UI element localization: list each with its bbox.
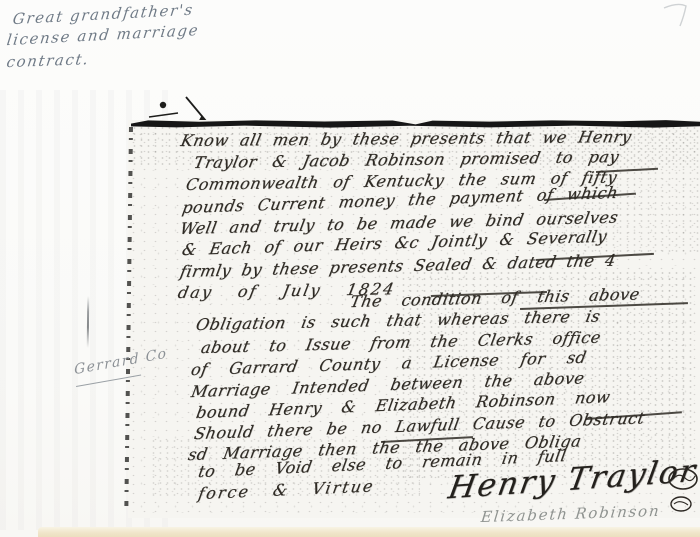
faint-corner-mark <box>658 2 692 30</box>
scanned-document-page: Great grandfather's license and marriage… <box>0 0 700 537</box>
document-line: Know all men by these presents that we H… <box>179 127 633 150</box>
seal-scribble-icon <box>666 466 700 518</box>
bottom-paper-band <box>38 527 700 537</box>
pencil-note-line: contract. <box>5 50 90 71</box>
